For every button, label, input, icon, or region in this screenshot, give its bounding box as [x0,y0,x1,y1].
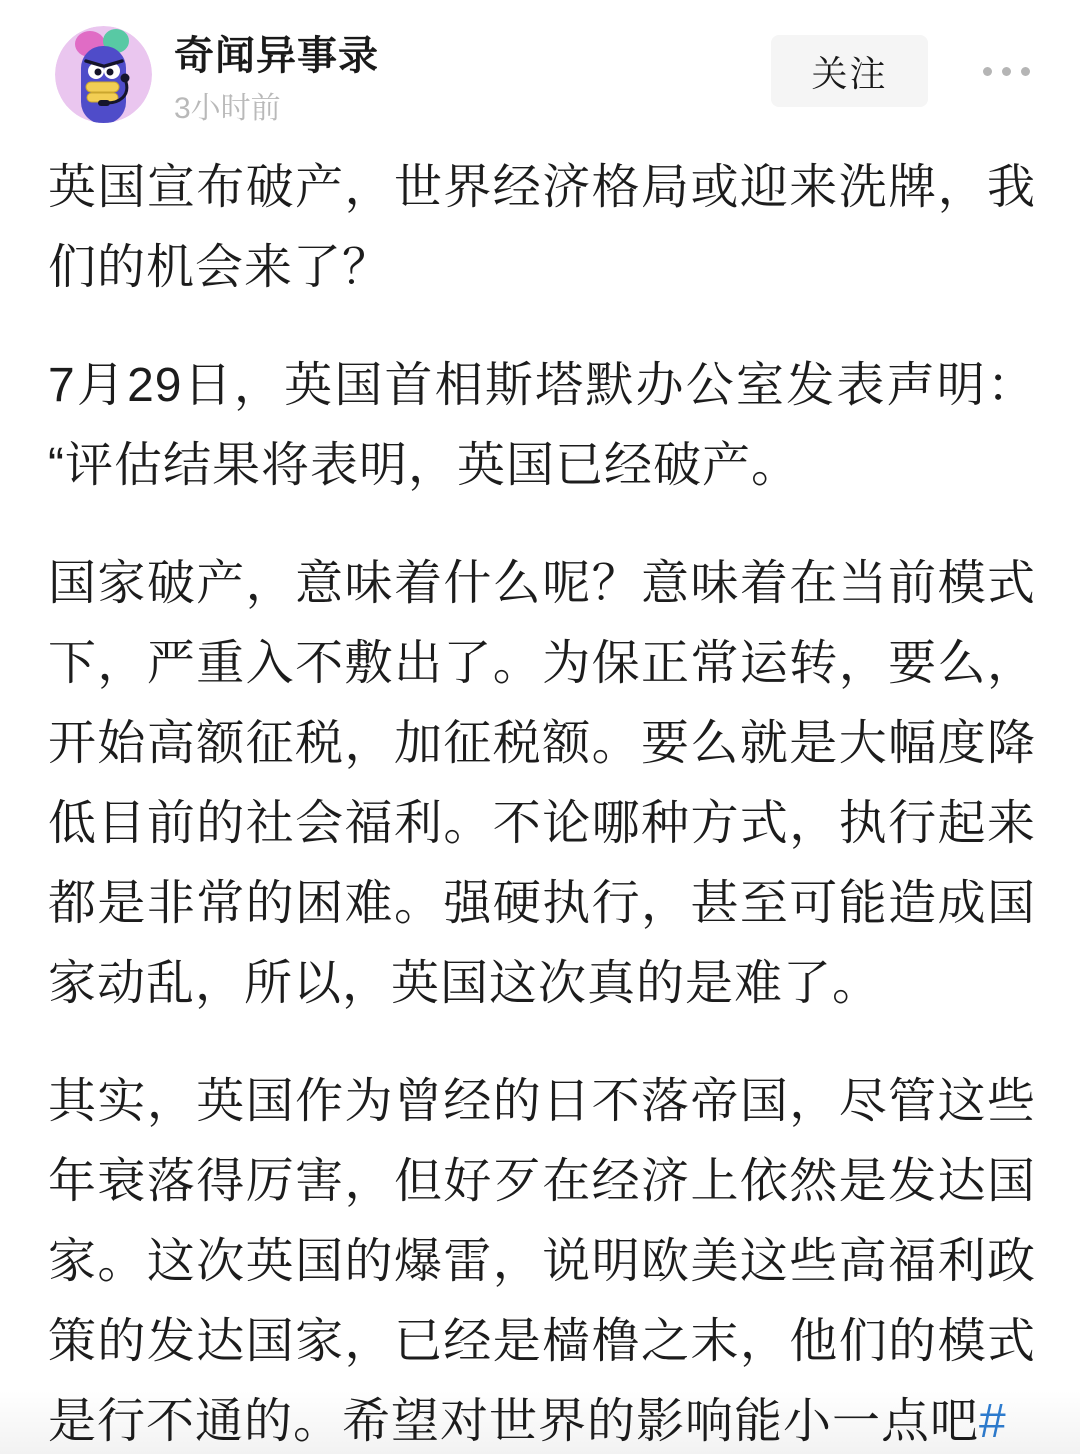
hashtag-link[interactable]: # [979,1395,1007,1448]
post-paragraph: 7月29日，英国首相斯塔默办公室发表声明：“评估结果将表明，英国已经破产。 [48,346,1036,506]
ellipsis-dot [1021,67,1030,76]
post-timestamp: 3小时前 [174,92,771,126]
author-meta: 奇闻异事录 3小时前 [174,26,771,126]
post-page: 奇闻异事录 3小时前 关注 英国宣布破产，世界经济格局或迎来洗牌，我们的机会来了… [0,0,1080,1454]
post-title: 英国宣布破产，世界经济格局或迎来洗牌，我们的机会来了？ [48,148,1036,308]
ellipsis-dot [1002,67,1011,76]
post-paragraph: 国家破产，意味着什么呢？意味着在当前模式下，严重入不敷出了。为保正常运转，要么，… [48,544,1036,1024]
post-paragraph-text: 其实，英国作为曾经的日不落帝国，尽管这些年衰落得厉害，但好歹在经济上依然是发达国… [48,1075,1036,1448]
post-header: 奇闻异事录 3小时前 关注 [0,0,1080,126]
more-options-icon[interactable] [983,66,1030,76]
ellipsis-dot [983,67,992,76]
post-content: 英国宣布破产，世界经济格局或迎来洗牌，我们的机会来了？ 7月29日，英国首相斯塔… [0,148,1080,1454]
mascot-bird-with-headset-icon [55,26,152,123]
follow-button[interactable]: 关注 [771,35,928,107]
avatar[interactable] [55,26,152,123]
post-paragraph: 其实，英国作为曾经的日不落帝国，尽管这些年衰落得厉害，但好歹在经济上依然是发达国… [48,1062,1036,1454]
author-name[interactable]: 奇闻异事录 [174,32,771,80]
